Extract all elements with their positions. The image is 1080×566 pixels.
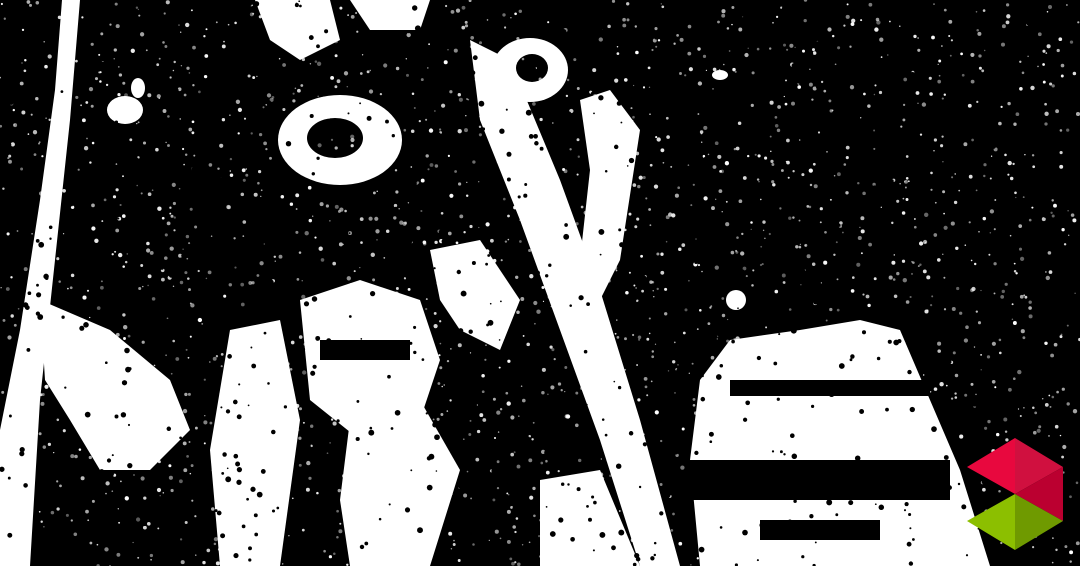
hexagon-cube-logo-icon xyxy=(962,433,1070,555)
logo-top-left-facet xyxy=(967,438,1015,494)
image-canvas xyxy=(0,0,1080,566)
halftone-photo xyxy=(0,0,1080,566)
logo-bottom-left-facet xyxy=(967,494,1015,550)
